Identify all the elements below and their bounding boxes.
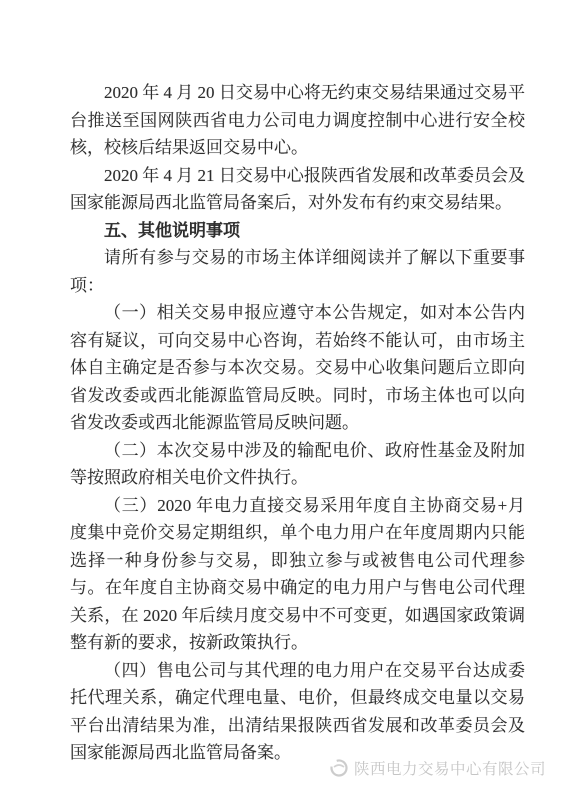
paragraph: 请所有参与交易的市场主体详细阅读并了解以下重要事项： xyxy=(70,244,525,299)
paragraph: （一）相关交易申报应遵守本公告规定，如对本公告内容有疑议，可向交易中心咨询，若始… xyxy=(70,299,525,437)
company-seal-icon xyxy=(329,758,349,778)
company-name-watermark: 陕西电力交易中心有限公司 xyxy=(354,757,546,779)
scanned-document-page: 2020 年 4 月 20 日交易中心将无约束交易结果通过交易平台推送至国网陕西… xyxy=(0,0,568,800)
footer-watermark: 陕西电力交易中心有限公司 xyxy=(329,757,546,779)
document-body: 2020 年 4 月 20 日交易中心将无约束交易结果通过交易平台推送至国网陕西… xyxy=(0,0,568,767)
paragraph: 2020 年 4 月 20 日交易中心将无约束交易结果通过交易平台推送至国网陕西… xyxy=(70,79,525,162)
paragraph: 2020 年 4 月 21 日交易中心报陕西省发展和改革委员会及国家能源局西北监… xyxy=(70,162,525,217)
section-heading: 五、其他说明事项 xyxy=(70,217,525,245)
paragraph: （四）售电公司与其代理的电力用户在交易平台达成委托代理关系，确定代理电量、电价，… xyxy=(70,657,525,767)
paragraph: （二）本次交易中涉及的输配电价、政府性基金及附加等按照政府相关电价文件执行。 xyxy=(70,437,525,492)
paragraph: （三）2020 年电力直接交易采用年度自主协商交易+月度集中竞价交易定期组织，单… xyxy=(70,492,525,657)
